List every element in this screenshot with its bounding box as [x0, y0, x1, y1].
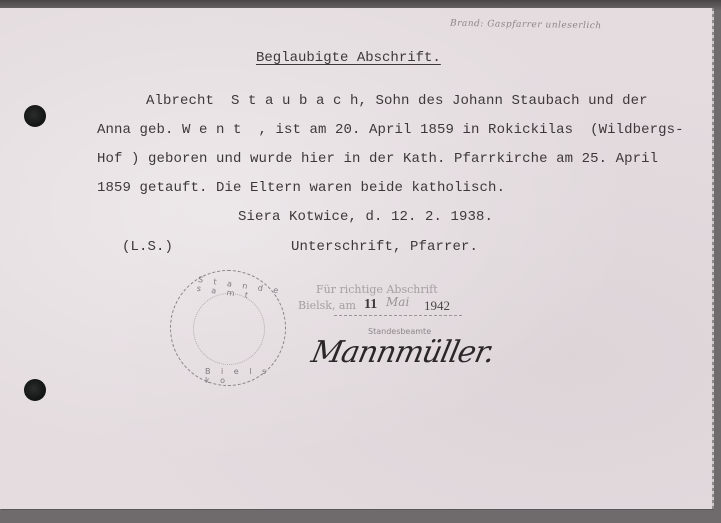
- cert-stamp-rule: [334, 315, 462, 317]
- body-line-3: Hof ) geboren und wurde hier in der Kath…: [97, 151, 658, 167]
- seal-bottom-text: B i e l s k o: [205, 367, 285, 385]
- body-line-2: Anna geb. W e n t , ist am 20. April 185…: [97, 122, 684, 138]
- seal-abbreviation: (L.S.): [122, 239, 173, 255]
- round-official-seal: S t a n d e s a m t B i e l s k o: [170, 270, 286, 386]
- body-line-1: Albrecht S t a u b a c h, Sohn des Johan…: [146, 93, 648, 109]
- document-page: Brand: Gaspfarrer unleserlich Beglaubigt…: [0, 8, 713, 509]
- cert-stamp-line1: Für richtige Abschrift: [316, 283, 438, 296]
- signature-caption: Unterschrift, Pfarrer.: [291, 239, 478, 255]
- pencil-annotation: Brand: Gaspfarrer unleserlich: [450, 19, 602, 32]
- cert-stamp-day: 11: [364, 297, 377, 313]
- body-line-4: 1859 getauft. Die Eltern waren beide kat…: [97, 180, 505, 196]
- punch-hole-bottom: [24, 379, 46, 401]
- document-title: Beglaubigte Abschrift.: [256, 50, 441, 66]
- handwritten-signature: Mannmüller.: [308, 335, 497, 370]
- seal-emblem: [193, 293, 265, 365]
- punch-hole-top: [24, 105, 46, 127]
- place-date: Siera Kotwice, d. 12. 2. 1938.: [238, 209, 493, 225]
- cert-stamp-line2: Bielsk, am: [298, 299, 356, 312]
- paper-edge: [712, 8, 714, 509]
- cert-stamp-year: 1942: [424, 298, 450, 314]
- cert-stamp-month: Mai: [386, 295, 409, 309]
